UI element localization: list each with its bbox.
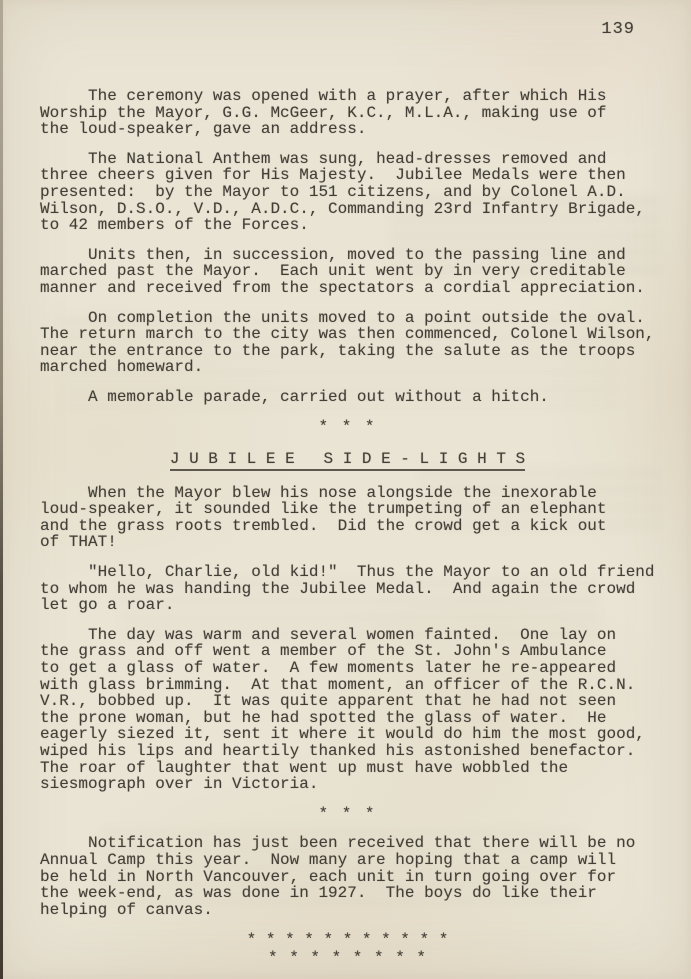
section-heading: J U B I L E E S I D E - L I G H T S — [170, 451, 525, 471]
paragraph-return-march: On completion the units moved to a point… — [40, 310, 655, 376]
section-heading-wrap: J U B I L E E S I D E - L I G H T S — [40, 448, 655, 471]
paragraph-national-anthem: The National Anthem was sung, head-dress… — [40, 151, 655, 234]
paragraph-units-march: Units then, in succession, moved to the … — [40, 247, 655, 297]
section-separator: * * * — [40, 806, 655, 823]
asterisk-row: * * * * * * * * — [40, 949, 655, 967]
paragraph-ceremony-opened: The ceremony was opened with a prayer, a… — [40, 88, 655, 138]
paragraph-annual-camp: Notification has just been received that… — [40, 835, 655, 918]
document-body: The ceremony was opened with a prayer, a… — [0, 0, 691, 967]
paragraph-memorable-parade: A memorable parade, carried out without … — [40, 389, 655, 406]
section-separator: * * * — [40, 419, 655, 436]
paragraph-hello-charlie: "Hello, Charlie, old kid!" Thus the Mayo… — [40, 564, 655, 614]
document-page: 139 The ceremony was opened with a praye… — [0, 0, 691, 979]
asterisk-row: * * * * * * * * * * * — [40, 931, 655, 949]
paragraph-warm-day: The day was warm and several women faint… — [40, 627, 655, 793]
paragraph-mayor-nose: When the Mayor blew his nose alongside t… — [40, 485, 655, 551]
